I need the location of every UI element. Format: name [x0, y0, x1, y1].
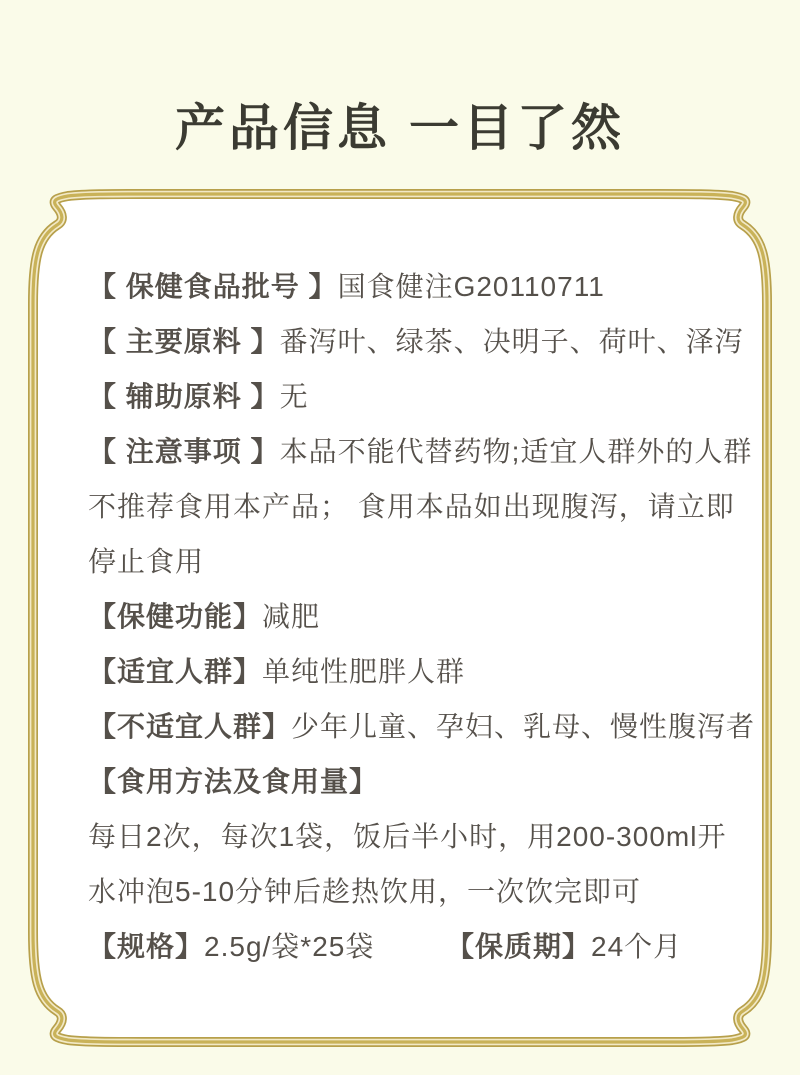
info-line-usage-cont-1: 每日2次，每次1袋，饭后半小时，用200-300ml开: [88, 809, 736, 864]
info-value: 少年儿童、孕妇、乳母、慢性腹泻者: [291, 711, 755, 742]
info-line-approval-number: 【 保健食品批号 】国食健注G20110711: [88, 259, 736, 314]
info-label: 【 注意事项 】: [88, 436, 280, 467]
info-label: 【 保健食品批号 】: [88, 271, 338, 302]
info-value: 水冲泡5-10分钟后趁热饮用，一次饮完即可: [88, 876, 641, 907]
info-value: 不推荐食用本产品； 食用本品如出现腹泻，请立即: [88, 491, 735, 522]
info-label: 【 辅助原料 】: [88, 381, 280, 412]
info-line-spec-shelf-life: 【规格】2.5g/袋*25袋 【保质期】24个月: [88, 919, 736, 974]
info-line-unsuitable-group: 【不适宜人群】少年儿童、孕妇、乳母、慢性腹泻者: [88, 699, 736, 754]
info-value: 停止食用: [88, 546, 204, 577]
info-line-health-function: 【保健功能】减肥: [88, 589, 736, 644]
info-line-usage-cont-2: 水冲泡5-10分钟后趁热饮用，一次饮完即可: [88, 864, 736, 919]
info-line-auxiliary-ingredients: 【 辅助原料 】无: [88, 369, 736, 424]
info-line-precautions: 【 注意事项 】本品不能代替药物;适宜人群外的人群: [88, 424, 736, 479]
info-label: 【保健功能】: [88, 601, 262, 632]
info-label: 【 主要原料 】: [88, 326, 280, 357]
spec-pair: 【规格】2.5g/袋*25袋: [88, 931, 374, 962]
info-value: 单纯性肥胖人群: [262, 656, 465, 687]
info-value: 本品不能代替药物;适宜人群外的人群: [280, 436, 753, 467]
info-label: 【保质期】: [446, 931, 591, 962]
info-label: 【不适宜人群】: [88, 711, 291, 742]
info-line-main-ingredients: 【 主要原料 】番泻叶、绿茶、决明子、荷叶、泽泻: [88, 314, 736, 369]
info-value: 每日2次，每次1袋，饭后半小时，用200-300ml开: [88, 821, 726, 852]
shelf-life-pair: 【保质期】24个月: [446, 919, 682, 974]
info-label: 【食用方法及食用量】: [88, 766, 378, 797]
info-line-precautions-cont-1: 不推荐食用本产品； 食用本品如出现腹泻，请立即: [88, 479, 736, 534]
info-value: 国食健注G20110711: [338, 271, 605, 302]
info-line-usage-heading: 【食用方法及食用量】: [88, 754, 736, 809]
info-value: 番泻叶、绿茶、决明子、荷叶、泽泻: [280, 326, 744, 357]
info-value: 无: [280, 381, 309, 412]
info-value: 2.5g/袋*25袋: [204, 931, 374, 962]
info-value: 24个月: [591, 931, 682, 962]
info-line-precautions-cont-2: 停止食用: [88, 534, 736, 589]
product-info-panel: 【 保健食品批号 】国食健注G20110711 【 主要原料 】番泻叶、绿茶、决…: [88, 259, 736, 974]
info-label: 【适宜人群】: [88, 656, 262, 687]
info-label: 【规格】: [88, 931, 204, 962]
info-value: 减肥: [262, 601, 320, 632]
info-line-suitable-group: 【适宜人群】单纯性肥胖人群: [88, 644, 736, 699]
